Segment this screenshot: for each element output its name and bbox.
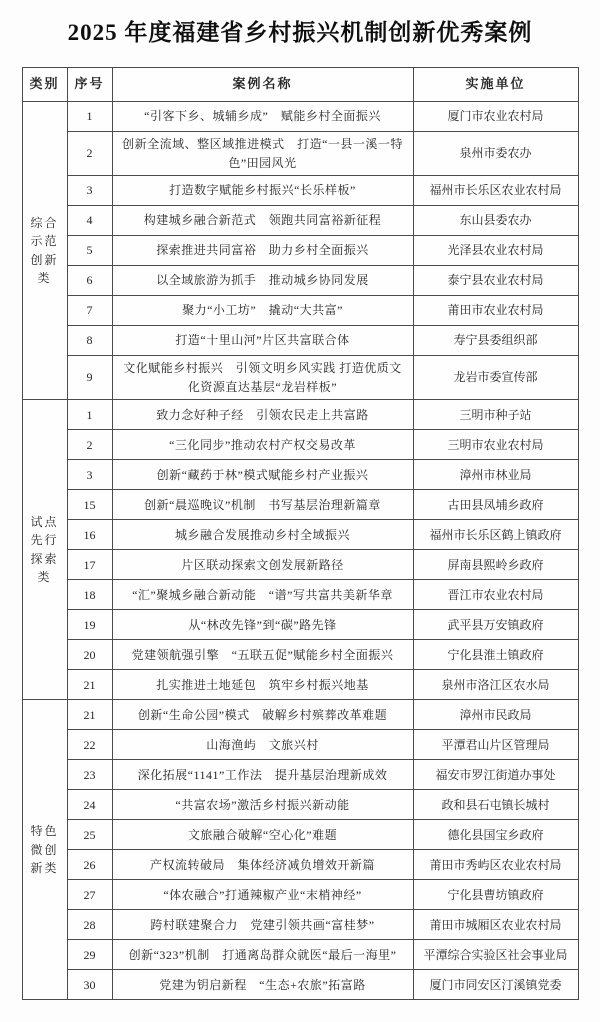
case-number-cell: 1 (67, 102, 112, 132)
case-row: 5探索推进共同富裕 助力乡村全面振兴光泽县农业农村局 (22, 236, 578, 266)
case-name-cell: 聚力“小工坊” 撬动“大共富” (112, 296, 413, 326)
case-name-cell: 跨村联建聚合力 党建引领共画“富桂梦” (112, 910, 413, 940)
case-number-cell: 19 (67, 610, 112, 640)
case-name-cell: 创新“藏药于林”模式赋能乡村产业振兴 (112, 460, 413, 490)
case-number-cell-highlighted: 27 (67, 880, 112, 910)
case-row: 20党建领航强引擎 “五联五促”赋能乡村全面振兴宁化县淮土镇政府 (22, 640, 578, 670)
case-name-cell: 山海渔屿 文旅兴村 (112, 730, 413, 760)
case-name-cell: 创新“生命公园”模式 破解乡村殡葬改革难题 (112, 700, 413, 730)
case-name-cell: 打造数字赋能乡村振兴“长乐样板” (112, 176, 413, 206)
case-row: 22山海渔屿 文旅兴村平潭君山片区管理局 (22, 730, 578, 760)
case-name-cell: 构建城乡融合新范式 领跑共同富裕新征程 (112, 206, 413, 236)
case-row: 28跨村联建聚合力 党建引领共画“富桂梦”莆田市城厢区农业农村局 (22, 910, 578, 940)
case-unit-cell: 厦门市农业农村局 (413, 102, 578, 132)
case-row: 3创新“藏药于林”模式赋能乡村产业振兴漳州市林业局 (22, 460, 578, 490)
header-case-name: 案例名称 (112, 68, 413, 102)
case-unit-cell: 莆田市农业农村局 (413, 296, 578, 326)
table-header-row: 类别 序号 案例名称 实施单位 (22, 68, 578, 102)
case-row: 25文旅融合破解“空心化”难题德化县国宝乡政府 (22, 820, 578, 850)
case-row: 9文化赋能乡村振兴 引领文明乡风实践 打造优质文化资源直达基层“龙岩样板”龙岩市… (22, 356, 578, 400)
cases-table: 类别 序号 案例名称 实施单位 综合 示范 创新 类1“引客下乡、城辅乡成” 赋… (22, 67, 579, 1000)
case-row: 19从“林改先锋”到“碳”路先锋武平县万安镇政府 (22, 610, 578, 640)
case-number-cell: 3 (67, 176, 112, 206)
case-number-cell-highlighted: 1 (67, 400, 112, 430)
case-number-cell: 25 (67, 820, 112, 850)
case-unit-cell: 光泽县农业农村局 (413, 236, 578, 266)
case-name-cell: 深化拓展“1141”工作法 提升基层治理新成效 (112, 760, 413, 790)
case-unit-cell: 寿宁县委组织部 (413, 326, 578, 356)
document-page: 2025 年度福建省乡村振兴机制创新优秀案例 类别 序号 案例名称 实施单位 综… (0, 0, 600, 1022)
case-unit-cell-highlighted: 三明市种子站 (413, 400, 578, 430)
case-row: 26产权流转破局 集体经济减负增效开新篇莆田市秀屿区农业农村局 (22, 850, 578, 880)
case-name-cell: 探索推进共同富裕 助力乡村全面振兴 (112, 236, 413, 266)
case-number-cell: 21 (67, 670, 112, 700)
case-name-cell: 创新“晨巡晚议”机制 书写基层治理新篇章 (112, 490, 413, 520)
header-number: 序号 (67, 68, 112, 102)
case-number-cell: 28 (67, 910, 112, 940)
case-unit-cell: 武平县万安镇政府 (413, 610, 578, 640)
case-number-cell: 18 (67, 580, 112, 610)
header-unit: 实施单位 (413, 68, 578, 102)
case-unit-cell: 福州市长乐区鹤上镇政府 (413, 520, 578, 550)
case-number-cell: 30 (67, 970, 112, 1000)
header-category: 类别 (22, 68, 67, 102)
case-row: 4构建城乡融合新范式 领跑共同富裕新征程东山县委农办 (22, 206, 578, 236)
case-name-cell-highlighted: 党建领航强引擎 “五联五促”赋能乡村全面振兴 (112, 640, 413, 670)
case-number-cell: 4 (67, 206, 112, 236)
page-title: 2025 年度福建省乡村振兴机制创新优秀案例 (0, 14, 600, 47)
case-unit-cell: 泉州市洛江区农水局 (413, 670, 578, 700)
case-name-cell: 文旅融合破解“空心化”难题 (112, 820, 413, 850)
case-number-cell-highlighted: 20 (67, 640, 112, 670)
category-cell: 特色 微创 新类 (22, 700, 67, 1000)
case-unit-cell-highlighted: 泰宁县农业农村局 (413, 266, 578, 296)
case-number-cell-highlighted: 6 (67, 266, 112, 296)
case-name-cell-highlighted: 以全域旅游为抓手 推动城乡协同发展 (112, 266, 413, 296)
case-unit-cell-highlighted: 宁化县淮土镇政府 (413, 640, 578, 670)
case-name-cell-highlighted: “体农融合”打通辣椒产业“末梢神经” (112, 880, 413, 910)
case-row: 17片区联动探索文创发展新路径屏南县熙岭乡政府 (22, 550, 578, 580)
case-name-cell: 创新全流域、整区域推进模式 打造“一县一溪一特色”田园风光 (112, 132, 413, 176)
case-row: 29创新“323”机制 打通离岛群众就医“最后一海里”平潭综合实验区社会事业局 (22, 940, 578, 970)
case-row: 6以全域旅游为抓手 推动城乡协同发展泰宁县农业农村局 (22, 266, 578, 296)
case-row: 15创新“晨巡晚议”机制 书写基层治理新篇章古田县凤埔乡政府 (22, 490, 578, 520)
case-unit-cell: 漳州市林业局 (413, 460, 578, 490)
case-row: 27“体农融合”打通辣椒产业“末梢神经”宁化县曹坊镇政府 (22, 880, 578, 910)
case-name-cell: “汇”聚城乡融合新动能 “谱”写共富共美新华章 (112, 580, 413, 610)
category-cell: 综合 示范 创新 类 (22, 102, 67, 400)
case-name-cell: 城乡融合发展推动乡村全域振兴 (112, 520, 413, 550)
case-row: 30党建为钥启新程 “生态+农旅”拓富路厦门市同安区汀溪镇党委 (22, 970, 578, 1000)
case-unit-cell: 政和县石屯镇长城村 (413, 790, 578, 820)
case-unit-cell-highlighted: 三明市农业农村局 (413, 430, 578, 460)
case-unit-cell: 平潭综合实验区社会事业局 (413, 940, 578, 970)
case-number-cell-highlighted: 2 (67, 430, 112, 460)
case-row: 综合 示范 创新 类1“引客下乡、城辅乡成” 赋能乡村全面振兴厦门市农业农村局 (22, 102, 578, 132)
case-number-cell: 3 (67, 460, 112, 490)
case-name-cell: “共富农场”激活乡村振兴新动能 (112, 790, 413, 820)
case-row: 21扎实推进土地延包 筑牢乡村振兴地基泉州市洛江区农水局 (22, 670, 578, 700)
case-row: 24“共富农场”激活乡村振兴新动能政和县石屯镇长城村 (22, 790, 578, 820)
case-unit-cell-highlighted: 宁化县曹坊镇政府 (413, 880, 578, 910)
case-row: 16城乡融合发展推动乡村全域振兴福州市长乐区鹤上镇政府 (22, 520, 578, 550)
case-unit-cell: 龙岩市委宣传部 (413, 356, 578, 400)
case-number-cell: 17 (67, 550, 112, 580)
case-unit-cell: 东山县委农办 (413, 206, 578, 236)
case-number-cell: 26 (67, 850, 112, 880)
case-row: 3打造数字赋能乡村振兴“长乐样板”福州市长乐区农业农村局 (22, 176, 578, 206)
case-unit-cell: 泉州市委农办 (413, 132, 578, 176)
case-number-cell: 24 (67, 790, 112, 820)
case-row: 18“汇”聚城乡融合新动能 “谱”写共富共美新华章晋江市农业农村局 (22, 580, 578, 610)
case-unit-cell: 莆田市城厢区农业农村局 (413, 910, 578, 940)
case-row: 2“三化同步”推动农村产权交易改革三明市农业农村局 (22, 430, 578, 460)
case-unit-cell: 福安市罗江街道办事处 (413, 760, 578, 790)
case-number-cell: 23 (67, 760, 112, 790)
case-row: 23深化拓展“1141”工作法 提升基层治理新成效福安市罗江街道办事处 (22, 760, 578, 790)
case-row: 2创新全流域、整区域推进模式 打造“一县一溪一特色”田园风光泉州市委农办 (22, 132, 578, 176)
case-row: 试点 先行 探索 类1致力念好种子经 引领农民走上共富路三明市种子站 (22, 400, 578, 430)
case-unit-cell: 莆田市秀屿区农业农村局 (413, 850, 578, 880)
case-unit-cell: 古田县凤埔乡政府 (413, 490, 578, 520)
case-number-cell: 21 (67, 700, 112, 730)
case-number-cell: 22 (67, 730, 112, 760)
case-name-cell: 扎实推进土地延包 筑牢乡村振兴地基 (112, 670, 413, 700)
case-row: 8打造“十里山河”片区共富联合体寿宁县委组织部 (22, 326, 578, 356)
case-unit-cell: 漳州市民政局 (413, 700, 578, 730)
case-number-cell: 8 (67, 326, 112, 356)
case-row: 7聚力“小工坊” 撬动“大共富”莆田市农业农村局 (22, 296, 578, 326)
case-name-cell: 片区联动探索文创发展新路径 (112, 550, 413, 580)
case-name-cell-highlighted: 致力念好种子经 引领农民走上共富路 (112, 400, 413, 430)
case-unit-cell: 平潭君山片区管理局 (413, 730, 578, 760)
table-body: 综合 示范 创新 类1“引客下乡、城辅乡成” 赋能乡村全面振兴厦门市农业农村局2… (22, 102, 578, 1000)
case-name-cell: 文化赋能乡村振兴 引领文明乡风实践 打造优质文化资源直达基层“龙岩样板” (112, 356, 413, 400)
case-unit-cell: 福州市长乐区农业农村局 (413, 176, 578, 206)
case-unit-cell: 屏南县熙岭乡政府 (413, 550, 578, 580)
case-name-cell: 产权流转破局 集体经济减负增效开新篇 (112, 850, 413, 880)
case-name-cell: 从“林改先锋”到“碳”路先锋 (112, 610, 413, 640)
case-number-cell: 5 (67, 236, 112, 266)
case-name-cell: 打造“十里山河”片区共富联合体 (112, 326, 413, 356)
case-unit-cell: 厦门市同安区汀溪镇党委 (413, 970, 578, 1000)
case-row: 特色 微创 新类21创新“生命公园”模式 破解乡村殡葬改革难题漳州市民政局 (22, 700, 578, 730)
case-number-cell: 16 (67, 520, 112, 550)
case-unit-cell: 德化县国宝乡政府 (413, 820, 578, 850)
case-name-cell: 党建为钥启新程 “生态+农旅”拓富路 (112, 970, 413, 1000)
case-number-cell: 15 (67, 490, 112, 520)
case-name-cell: 创新“323”机制 打通离岛群众就医“最后一海里” (112, 940, 413, 970)
case-name-cell: “引客下乡、城辅乡成” 赋能乡村全面振兴 (112, 102, 413, 132)
case-number-cell: 7 (67, 296, 112, 326)
case-unit-cell: 晋江市农业农村局 (413, 580, 578, 610)
case-number-cell: 9 (67, 356, 112, 400)
category-cell: 试点 先行 探索 类 (22, 400, 67, 700)
case-number-cell: 29 (67, 940, 112, 970)
case-name-cell-highlighted: “三化同步”推动农村产权交易改革 (112, 430, 413, 460)
case-number-cell: 2 (67, 132, 112, 176)
